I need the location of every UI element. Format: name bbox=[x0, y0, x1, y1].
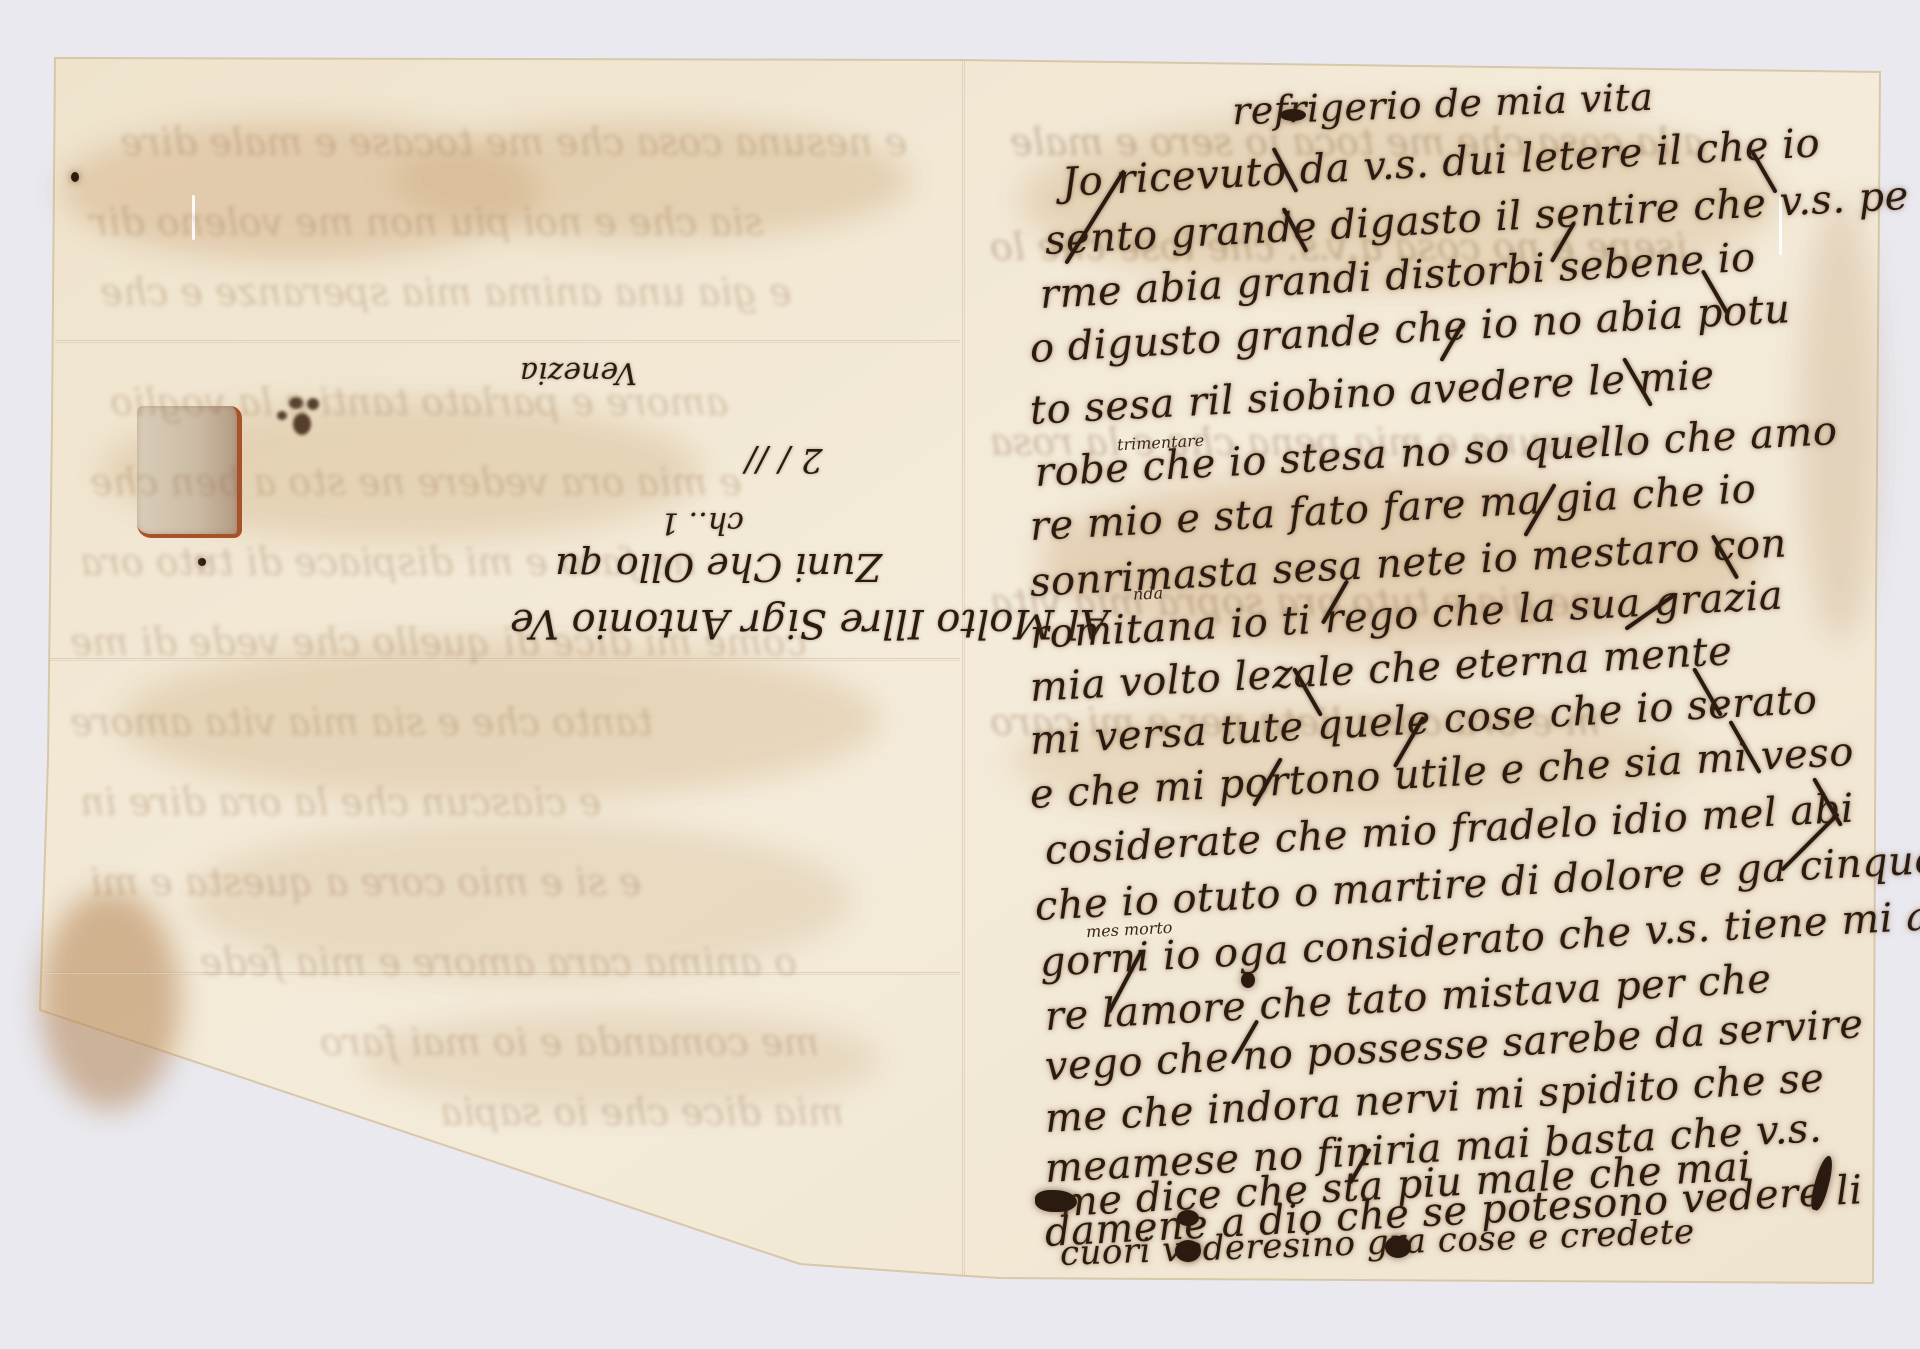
center-fold bbox=[962, 60, 965, 1275]
bleed-through-text: o anima cara amore e mia fede bbox=[200, 940, 797, 984]
ink-blot bbox=[1280, 109, 1306, 121]
bleed-through-text: e gia una anima mia speranze e che bbox=[100, 270, 791, 314]
ink-blot bbox=[1177, 1210, 1199, 1226]
address-line-2: Zuni Che Ollo qu bbox=[555, 545, 882, 589]
docket-marks: 2 / // bbox=[745, 440, 823, 480]
address-line-3: ch.. 1 bbox=[660, 505, 744, 540]
address-line-1: Al Molto Illre Sigr Antonio Ve bbox=[510, 600, 1109, 646]
ink-blot bbox=[1385, 1236, 1411, 1258]
bleed-through-text: me comanda e io mai faro bbox=[320, 1020, 819, 1064]
fold-line bbox=[55, 340, 960, 343]
bleed-through-text: e nesuna cosa che me tocase e male dire bbox=[120, 120, 907, 164]
ink-spot bbox=[71, 172, 79, 182]
ink-blot bbox=[1175, 1240, 1201, 1262]
ink-blot bbox=[1241, 972, 1255, 988]
bleed-through-text: tanto che e sia mia vita amore bbox=[70, 700, 653, 744]
bleed-through-text: mia dice che io sapia bbox=[440, 1090, 844, 1134]
bleed-through-text: e ciascun che la ora dire in bbox=[80, 780, 601, 824]
bleed-through-text: e si e mio core a questa e mi bbox=[90, 860, 641, 904]
bleed-through-text: sia che e noi piu non me voleno dir bbox=[90, 200, 763, 244]
letter-sheet: e nesuna cosa che me tocase e male dire … bbox=[0, 0, 1920, 1349]
interlinear-insertion: nda bbox=[1133, 583, 1164, 604]
bleed-through-text: e mia ora vedere ne sto a ben che bbox=[90, 460, 742, 504]
docket-word: Venezia bbox=[520, 355, 637, 390]
ink-blot bbox=[1035, 1190, 1077, 1212]
